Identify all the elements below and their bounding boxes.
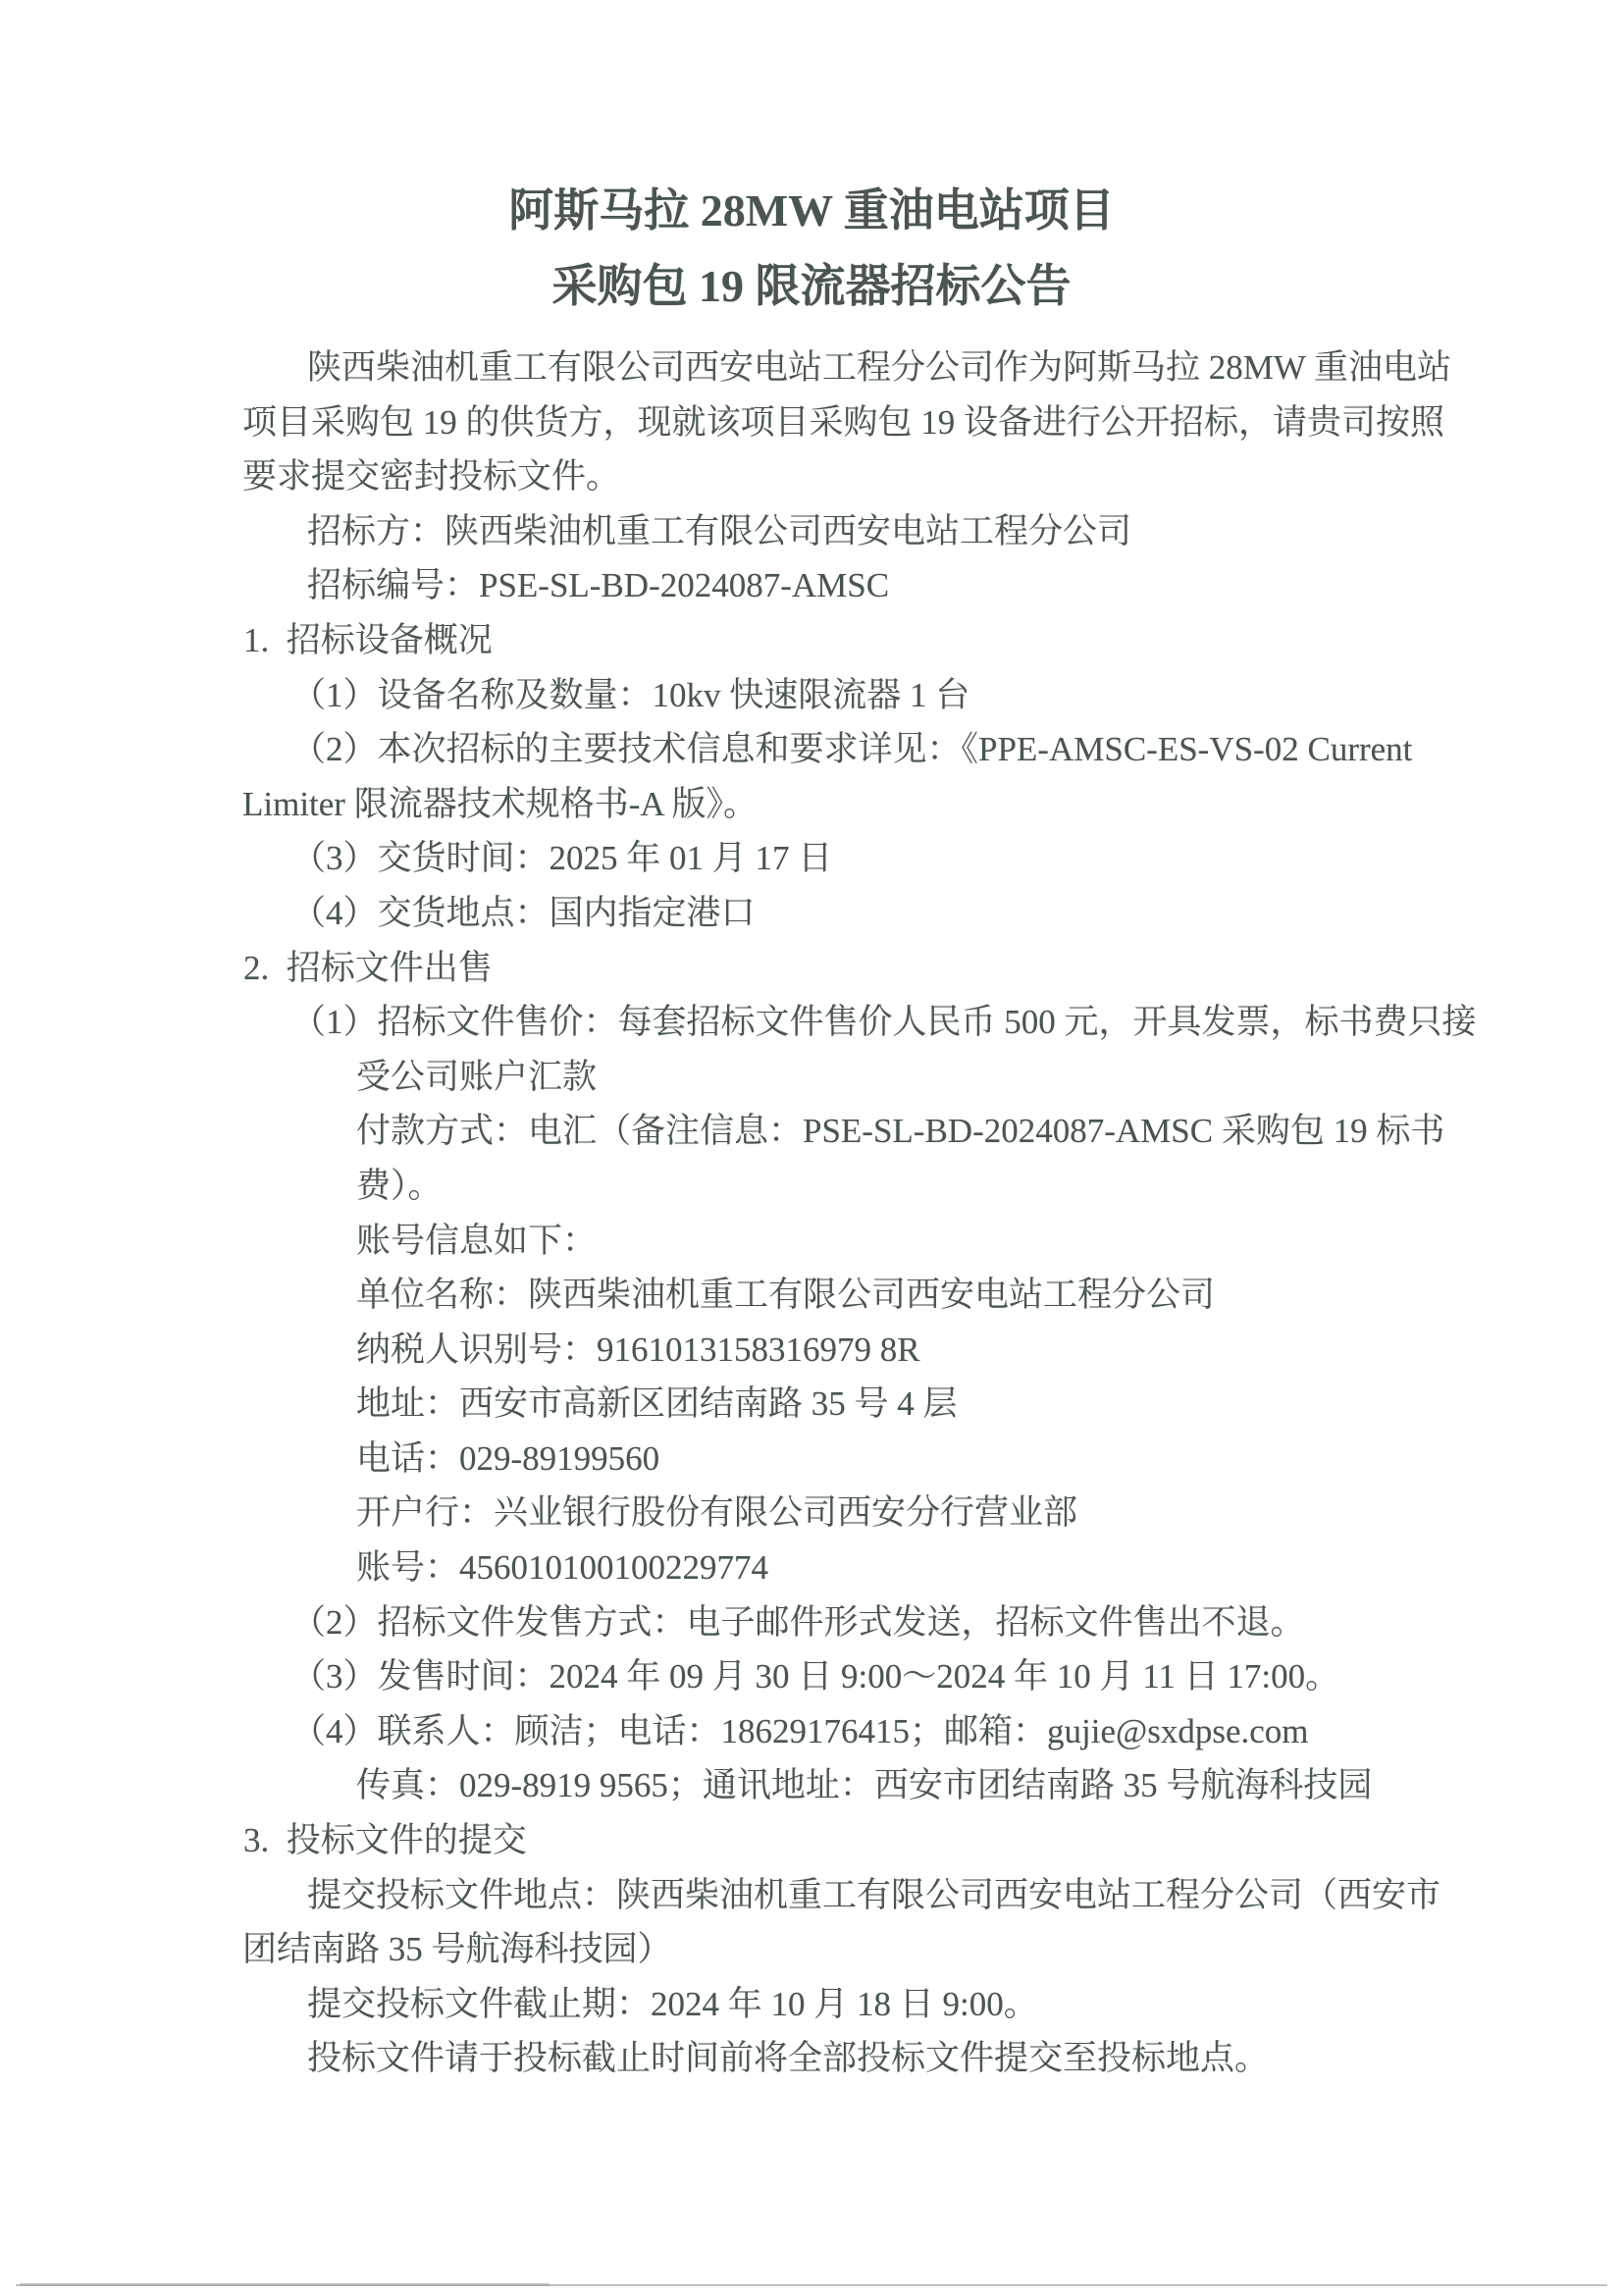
document-line: 项目采购包 19 的供货方，现就该项目采购包 19 设备进行公开招标，请贵司按照 bbox=[0, 395, 1623, 450]
document-title-line1: 阿斯马拉 28MW 重油电站项目 bbox=[0, 173, 1623, 248]
document-page: 阿斯马拉 28MW 重油电站项目 采购包 19 限流器招标公告 陕西柴油机重工有… bbox=[0, 0, 1623, 2296]
document-line: （4）交货地点：国内指定港口 bbox=[0, 886, 1623, 941]
document-line: 纳税人识别号：9161013158316979 8R bbox=[0, 1323, 1623, 1378]
document-line: 要求提交密封投标文件。 bbox=[0, 449, 1623, 504]
document-title: 阿斯马拉 28MW 重油电站项目 采购包 19 限流器招标公告 bbox=[0, 173, 1623, 324]
document-line: 费）。 bbox=[0, 1159, 1623, 1214]
document-title-line2: 采购包 19 限流器招标公告 bbox=[0, 248, 1623, 324]
document-line: 投标文件请于投标截止时间前将全部投标文件提交至投标地点。 bbox=[0, 2031, 1623, 2086]
document-body: 陕西柴油机重工有限公司西安电站工程分公司作为阿斯马拉 28MW 重油电站项目采购… bbox=[0, 340, 1623, 2086]
document-line: 地址：西安市高新区团结南路 35 号 4 层 bbox=[0, 1377, 1623, 1432]
document-line: 提交投标文件地点：陕西柴油机重工有限公司西安电站工程分公司（西安市 bbox=[0, 1868, 1623, 1923]
document-line: 付款方式：电汇（备注信息：PSE-SL-BD-2024087-AMSC 采购包 … bbox=[0, 1104, 1623, 1159]
document-line: 账号信息如下： bbox=[0, 1214, 1623, 1269]
document-line: （2）招标文件发售方式：电子邮件形式发送，招标文件售出不退。 bbox=[0, 1595, 1623, 1650]
document-line: （1）设备名称及数量：10kv 快速限流器 1 台 bbox=[0, 668, 1623, 723]
document-line: （4）联系人：顾洁；电话：18629176415；邮箱：gujie@sxdpse… bbox=[0, 1704, 1623, 1759]
document-line: （2）本次招标的主要技术信息和要求详见：《PPE-AMSC-ES-VS-02 C… bbox=[0, 722, 1623, 777]
document-line: 2. 招标文件出售 bbox=[0, 941, 1623, 996]
document-line: （1）招标文件售价：每套招标文件售价人民币 500 元，开具发票，标书费只接 bbox=[0, 995, 1623, 1050]
page-bottom-scan-line-dark-segment bbox=[20, 2283, 550, 2286]
document-line: 账号：456010100100229774 bbox=[0, 1540, 1623, 1595]
document-line: 传真：029-8919 9565；通讯地址：西安市团结南路 35 号航海科技园 bbox=[0, 1758, 1623, 1813]
document-line: 招标方：陕西柴油机重工有限公司西安电站工程分公司 bbox=[0, 504, 1623, 559]
document-line: （3）交货时间：2025 年 01 月 17 日 bbox=[0, 831, 1623, 886]
document-line: 陕西柴油机重工有限公司西安电站工程分公司作为阿斯马拉 28MW 重油电站 bbox=[0, 340, 1623, 395]
document-line: （3）发售时间：2024 年 09 月 30 日 9:00～2024 年 10 … bbox=[0, 1649, 1623, 1704]
document-line: 单位名称：陕西柴油机重工有限公司西安电站工程分公司 bbox=[0, 1268, 1623, 1323]
document-line: 提交投标文件截止期：2024 年 10 月 18 日 9:00。 bbox=[0, 1977, 1623, 2032]
document-line: 开户行：兴业银行股份有限公司西安分行营业部 bbox=[0, 1486, 1623, 1540]
document-line: 1. 招标设备概况 bbox=[0, 613, 1623, 668]
document-line: 受公司账户汇款 bbox=[0, 1050, 1623, 1105]
document-line: 团结南路 35 号航海科技园） bbox=[0, 1922, 1623, 1977]
document-line: 电话：029-89199560 bbox=[0, 1432, 1623, 1487]
document-line: 招标编号：PSE-SL-BD-2024087-AMSC bbox=[0, 558, 1623, 613]
document-line: 3. 投标文件的提交 bbox=[0, 1813, 1623, 1868]
document-line: Limiter 限流器技术规格书-A 版》。 bbox=[0, 777, 1623, 832]
